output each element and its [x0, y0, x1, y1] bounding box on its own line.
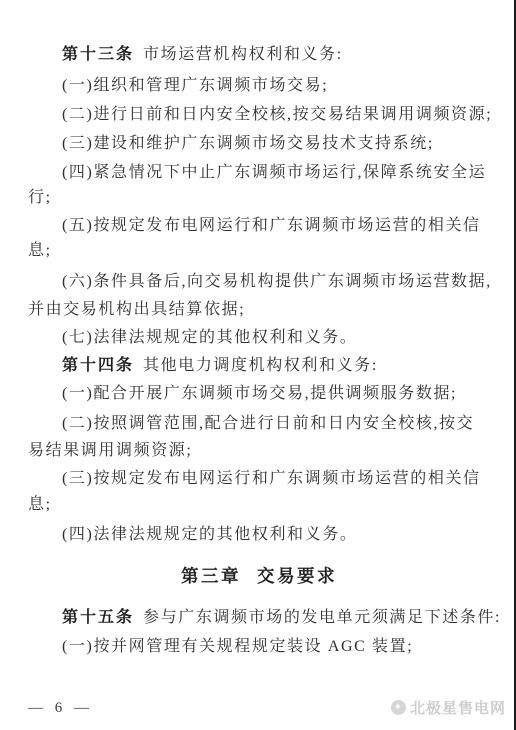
text-line: (一)按并网管理有关规程规定装设 AGC 装置; [28, 636, 490, 658]
chapter-number: 第三章 [181, 566, 241, 586]
article-number: 第十五条 [62, 609, 134, 626]
text-line: (二)按照调管范围,配合进行日前和日内安全校核,按交 [28, 413, 490, 435]
watermark: ✦ 北极星售电网 [391, 697, 506, 718]
text-line: 息; [28, 240, 490, 262]
watermark-star-logo-icon: ✦ [391, 700, 406, 715]
article-number: 第十三条 [62, 46, 134, 63]
text-line: (六)条件具备后,向交易机构提供广东调频市场运营数据, [28, 271, 490, 293]
text-line: (二)进行日前和日内安全校核,按交易结果调用调频资源; [28, 104, 490, 126]
text-line: (四)紧急情况下中止广东调频市场运行,保障系统安全运 [28, 162, 490, 184]
text-line: 行; [28, 187, 490, 209]
text-line: 息; [28, 494, 490, 516]
text-line: (三)建设和维护广东调频市场交易技术支持系统; [28, 133, 490, 155]
text-line: (三)按规定发布电网运行和广东调频市场运营的相关信 [28, 468, 490, 490]
text-line: (一)组织和管理广东调频市场交易; [28, 75, 490, 97]
watermark-label: 北极星售电网 [410, 697, 506, 718]
text-line: (七)法律法规规定的其他权利和义务。 [28, 327, 490, 349]
chapter-title: 交易要求 [257, 566, 337, 586]
document-page: 第十三条市场运营机构权利和义务: (一)组织和管理广东调频市场交易; (二)进行… [0, 0, 516, 730]
text-line: 易结果调用调频资源; [28, 440, 490, 462]
article-title: 其他电力调度机构权利和义务: [143, 357, 378, 374]
text-line: 第十四条其他电力调度机构权利和义务: [28, 355, 490, 377]
article-title: 参与广东调频市场的发电单元须满足下述条件: [143, 609, 501, 626]
text-line: 并由交易机构出具结算依据; [28, 299, 490, 321]
text-line: 第十三条市场运营机构权利和义务: [28, 44, 490, 66]
text-line: (五)按规定发布电网运行和广东调频市场运营的相关信 [28, 215, 490, 237]
text-line: (一)配合开展广东调频市场交易,提供调频服务数据; [28, 383, 490, 405]
chapter-heading: 第三章交易要求 [28, 565, 490, 587]
page-number: — 6 — [28, 700, 93, 717]
article-number: 第十四条 [62, 357, 134, 374]
text-line: (四)法律法规规定的其他权利和义务。 [28, 524, 490, 546]
text-line: 第十五条参与广东调频市场的发电单元须满足下述条件: [28, 607, 490, 629]
article-title: 市场运营机构权利和义务: [143, 46, 343, 63]
